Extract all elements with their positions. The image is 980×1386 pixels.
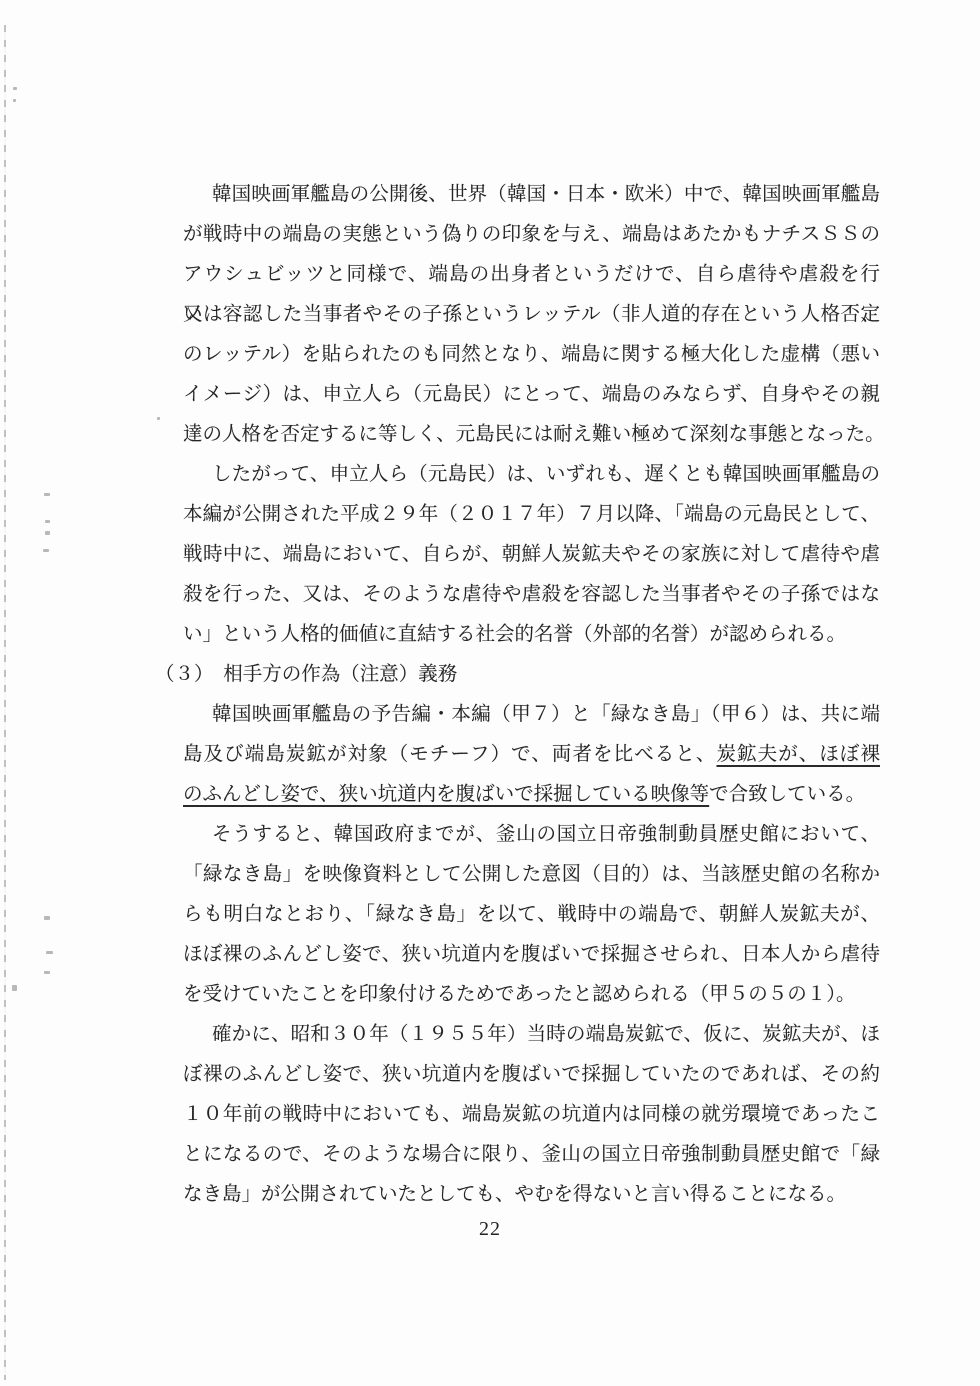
text-segment: イメージ）は、申立人ら（元島民）にとって、端島のみならず、自身やその親	[183, 384, 880, 405]
text-line: が戦時中の端島の実態という偽りの印象を与え、端島はあたかもナチスＳＳの	[183, 215, 880, 255]
text-segment: 韓国映画軍艦島の公開後、世界（韓国・日本・欧米）中で、韓国映画軍艦島	[212, 184, 880, 205]
page-number: 22	[0, 1218, 980, 1241]
text-line: 達の人格を否定するに等しく、元島民には耐え難い極めて深刻な事態となった。	[183, 415, 880, 455]
text-segment: したがって、申立人ら（元島民）は、いずれも、遅くとも韓国映画軍艦島の	[212, 464, 880, 485]
text-line: い」という人格的価値に直結する社会的名誉（外部的名誉）が認められる。	[183, 615, 880, 655]
text-line: 韓国映画軍艦島の公開後、世界（韓国・日本・欧米）中で、韓国映画軍艦島	[183, 175, 880, 215]
text-segment: （３） 相手方の作為（注意）義務	[155, 664, 457, 685]
text-line: ほぼ裸のふんどし姿で、狭い坑道内を腹ばいで採掘させられ、日本人から虐待	[183, 935, 880, 975]
text-line: 確かに、昭和３０年（１９５５年）当時の端島炭鉱で、仮に、炭鉱夫が、ほ	[183, 1015, 880, 1055]
text-segment: そうすると、韓国政府までが、釜山の国立日帝強制動員歴史館において、	[212, 824, 880, 845]
text-line: 韓国映画軍艦島の予告編・本編（甲７）と「緑なき島」（甲６）は、共に端	[183, 695, 880, 735]
text-line: そうすると、韓国政府までが、釜山の国立日帝強制動員歴史館において、	[183, 815, 880, 855]
text-line: １０年前の戦時中においても、端島炭鉱の坑道内は同様の就労環境であったこ	[183, 1095, 880, 1135]
text-segment: 「緑なき島」を映像資料として公開した意図（目的）は、当該歴史館の名称か	[183, 864, 880, 885]
text-line: ぼ裸のふんどし姿で、狭い坑道内を腹ばいで採掘していたのであれば、その約	[183, 1055, 880, 1095]
text-line: 島及び端島炭鉱が対象（モチーフ）で、両者を比べると、炭鉱夫が、ほぼ裸	[183, 735, 880, 775]
text-line: 又は容認した当事者やその子孫というレッテル（非人道的存在という人格否定	[183, 295, 880, 335]
text-line: アウシュビッツと同様で、端島の出身者というだけで、自ら虐待や虐殺を行い、	[183, 255, 880, 295]
text-segment: のレッテル）を貼られたのも同然となり、端島に関する極大化した虚構（悪い	[183, 344, 880, 365]
text-segment: 達の人格を否定するに等しく、元島民には耐え難い極めて深刻な事態となった。	[183, 424, 885, 445]
scan-speck	[44, 493, 50, 496]
scan-speck	[45, 531, 50, 535]
text-line: のふんどし姿で、狭い坑道内を腹ばいで採掘している映像等で合致している。	[183, 775, 880, 815]
scan-edge-noise	[4, 25, 6, 1380]
text-line: 「緑なき島」を映像資料として公開した意図（目的）は、当該歴史館の名称か	[183, 855, 880, 895]
scan-speck	[13, 99, 16, 102]
scan-speck	[45, 520, 50, 523]
scan-speck	[46, 951, 53, 954]
document-page: 韓国映画軍艦島の公開後、世界（韓国・日本・欧米）中で、韓国映画軍艦島が戦時中の端…	[0, 0, 980, 1386]
text-segment: で合致している。	[709, 784, 865, 805]
text-line: したがって、申立人ら（元島民）は、いずれも、遅くとも韓国映画軍艦島の	[183, 455, 880, 495]
scan-speck	[12, 985, 17, 991]
text-segment: 韓国映画軍艦島の予告編・本編（甲７）と「緑なき島」（甲６）は、共に端	[212, 704, 880, 725]
text-line: なき島」が公開されていたとしても、やむを得ないと言い得ることになる。	[183, 1175, 880, 1215]
underlined-text: 炭鉱夫が、ほぼ裸	[716, 744, 880, 765]
text-line: イメージ）は、申立人ら（元島民）にとって、端島のみならず、自身やその親	[183, 375, 880, 415]
scan-speck	[13, 87, 17, 90]
text-line: とになるので、そのような場合に限り、釜山の国立日帝強制動員歴史館で「緑	[183, 1135, 880, 1175]
text-line: 殺を行った、又は、そのような虐待や虐殺を容認した当事者やその子孫ではな	[183, 575, 880, 615]
text-segment: ぼ裸のふんどし姿で、狭い坑道内を腹ばいで採掘していたのであれば、その約	[183, 1064, 880, 1085]
scan-speck	[157, 417, 160, 420]
text-line: のレッテル）を貼られたのも同然となり、端島に関する極大化した虚構（悪い	[183, 335, 880, 375]
text-segment: い」という人格的価値に直結する社会的名誉（外部的名誉）が認められる。	[183, 624, 846, 645]
scan-speck	[44, 916, 50, 920]
text-segment: が戦時中の端島の実態という偽りの印象を与え、端島はあたかもナチスＳＳの	[183, 224, 880, 245]
text-line: 戦時中に、端島において、自らが、朝鮮人炭鉱夫やその家族に対して虐待や虐	[183, 535, 880, 575]
text-segment: ほぼ裸のふんどし姿で、狭い坑道内を腹ばいで採掘させられ、日本人から虐待	[183, 944, 880, 965]
text-segment: 本編が公開された平成２９年（２０１７年）７月以降、「端島の元島民として、	[183, 504, 880, 525]
text-segment: 確かに、昭和３０年（１９５５年）当時の端島炭鉱で、仮に、炭鉱夫が、ほ	[212, 1024, 880, 1045]
document-body: 韓国映画軍艦島の公開後、世界（韓国・日本・欧米）中で、韓国映画軍艦島が戦時中の端…	[183, 175, 880, 1215]
scan-speck	[43, 549, 49, 552]
text-line: らも明白なとおり、「緑なき島」を以て、戦時中の端島で、朝鮮人炭鉱夫が、	[183, 895, 880, 935]
underlined-text: のふんどし姿で、狭い坑道内を腹ばいで採掘している映像等	[183, 784, 709, 805]
text-line: 本編が公開された平成２９年（２０１７年）７月以降、「端島の元島民として、	[183, 495, 880, 535]
text-segment: なき島」が公開されていたとしても、やむを得ないと言い得ることになる。	[183, 1184, 846, 1205]
scan-speck	[44, 971, 50, 974]
section-heading: （３） 相手方の作為（注意）義務	[155, 655, 880, 695]
text-segment: らも明白なとおり、「緑なき島」を以て、戦時中の端島で、朝鮮人炭鉱夫が、	[183, 904, 880, 925]
text-segment: を受けていたことを印象付けるためであったと認められる（甲５の５の１）。	[183, 984, 856, 1005]
text-segment: 島及び端島炭鉱が対象（モチーフ）で、両者を比べると、	[183, 744, 716, 765]
text-segment: 又は容認した当事者やその子孫というレッテル（非人道的存在という人格否定	[183, 304, 880, 325]
text-segment: 戦時中に、端島において、自らが、朝鮮人炭鉱夫やその家族に対して虐待や虐	[183, 544, 880, 565]
text-segment: とになるので、そのような場合に限り、釜山の国立日帝強制動員歴史館で「緑	[183, 1144, 880, 1165]
text-segment: １０年前の戦時中においても、端島炭鉱の坑道内は同様の就労環境であったこ	[183, 1104, 880, 1125]
text-line: を受けていたことを印象付けるためであったと認められる（甲５の５の１）。	[183, 975, 880, 1015]
text-segment: 殺を行った、又は、そのような虐待や虐殺を容認した当事者やその子孫ではな	[183, 584, 880, 605]
